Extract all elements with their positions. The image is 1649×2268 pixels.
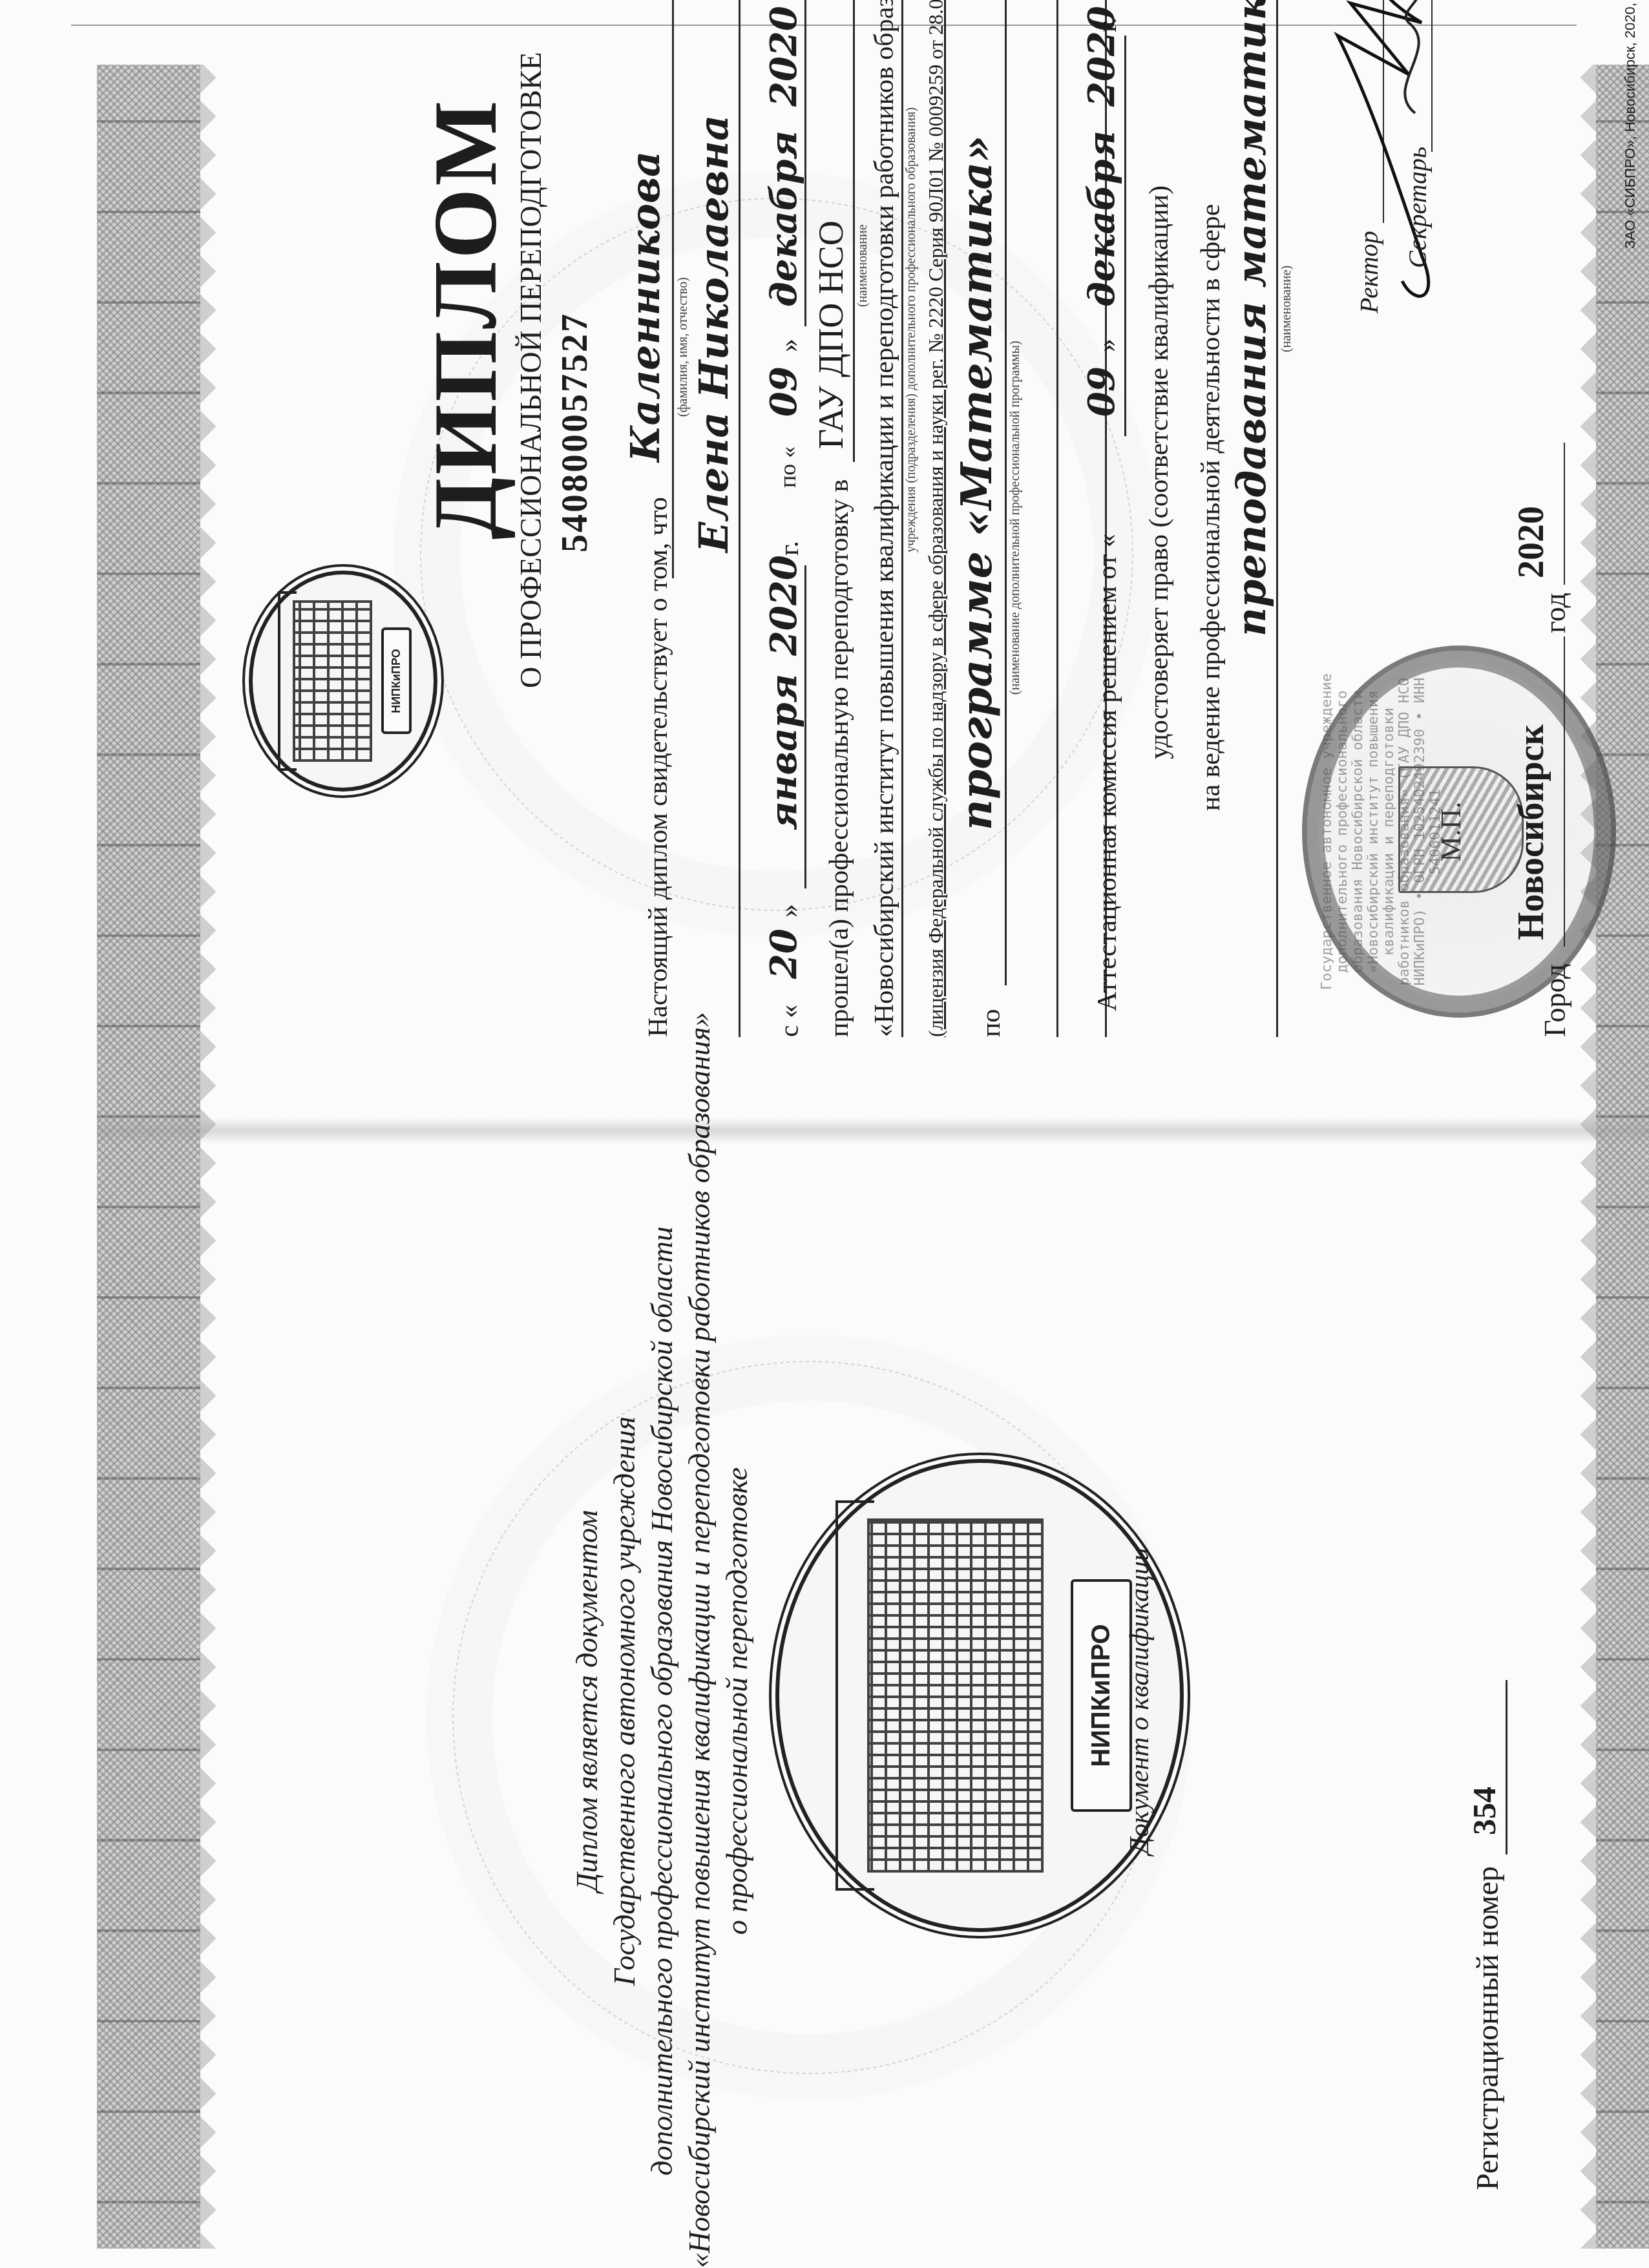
qualification-doc-label: Документ о квалификации [1124, 1134, 1155, 2268]
surname-underline [672, 0, 674, 578]
naming-caption: (наименование [856, 224, 870, 307]
commission-month: декабря [1080, 131, 1123, 307]
commission-suffix: г. [1092, 17, 1123, 32]
year-value: 2020 [1511, 506, 1552, 578]
year-label: год [1538, 593, 1572, 633]
year-underline [1564, 443, 1565, 585]
commission-underline [1124, 36, 1126, 436]
institution-caption: учреждения (подразделения) дополнительно… [904, 107, 919, 552]
period-from-prefix: с « [774, 1005, 805, 1037]
logo-ribbon: НИПКиПРО [381, 628, 412, 735]
institution-full: «Новосибирский институт повышения квалиф… [869, 0, 900, 1037]
program-extra-line-1 [1056, 0, 1058, 1037]
period-from-underline [804, 565, 806, 888]
fio-caption: (фамилия, имя, отчество) [676, 277, 691, 417]
period-to-mid: » [774, 339, 805, 352]
intro-line: «Новосибирский институт повышения квалиф… [681, 1134, 719, 2268]
registration-number: 354 [1465, 1787, 1503, 1835]
diploma-subtitle: О ПРОФЕССИОНАЛЬНОЙ ПЕРЕПОДГОТОВКЕ [514, 52, 548, 688]
period-to-year: 2020 [762, 6, 805, 107]
period-from-month: января [762, 674, 805, 830]
period-to-prefix: по « [774, 446, 801, 488]
institute-logo-small: НИПКиПРО [249, 571, 437, 792]
right-text: удостоверяет право (соответствие квалифи… [1144, 185, 1175, 759]
intro-block: Диплом является документом Государственн… [569, 1134, 756, 2268]
intro-line: Диплом является документом [569, 1134, 606, 2268]
city-value: Новосибирск [1511, 724, 1552, 940]
holder-name-patronymic: Елена Николаевна [690, 115, 737, 552]
commission-mid: » [1092, 339, 1123, 352]
sphere-underline [1276, 0, 1278, 1037]
city-label: Город [1538, 963, 1572, 1037]
city-underline [1564, 636, 1565, 947]
certifies-text: Настоящий диплом свидетельствует о том, … [643, 497, 674, 1037]
stamp-mark: М.П. [1434, 651, 1467, 1013]
passed-text: прошел(а) профессиональную переподготовк… [824, 479, 855, 1037]
diploma-serial-number: 540800057527 [554, 312, 596, 552]
name-underline [739, 0, 740, 1037]
intro-line: Государственного автономного учреждения [606, 1134, 644, 2268]
logo-building-icon [867, 1518, 1044, 1872]
program-underline [1005, 0, 1007, 985]
period-from-suffix: г. [774, 541, 805, 556]
period-to-day: 09 [762, 366, 805, 417]
program-value: программе «Математика» [951, 135, 1002, 830]
registration-label: Регистрационный номер [1470, 1866, 1506, 2190]
intro-line: дополнительного профессионального образо… [644, 1134, 681, 2268]
institution-short: ГАУ ДПО НСО [811, 220, 851, 449]
logo-building-icon [293, 600, 372, 762]
period-to-month: декабря [762, 131, 805, 307]
registration-underline [1506, 1680, 1507, 1854]
intro-line: о профессиональной переподготовке [719, 1134, 756, 2268]
program-caption: (наименование дополнительной профессиона… [1008, 341, 1023, 695]
right-page: НИПКиПРО ДИПЛОМ О ПРОФЕССИОНАЛЬНОЙ ПЕРЕП… [0, 0, 1649, 1134]
logo-ribbon: НИПКиПРО [1071, 1579, 1132, 1812]
commission-day: 09 [1080, 366, 1123, 417]
institute-logo-large: НИПКиПРО [775, 1459, 1184, 1932]
commission-text: Аттестационная комиссия решением от « [1092, 534, 1123, 1011]
period-from-day: 20 [762, 929, 805, 979]
diploma-sheet: Диплом является документом Государственн… [0, 0, 1649, 2268]
period-from-year: 2020 [762, 555, 805, 656]
program-prefix: по [976, 1009, 1007, 1037]
secretary-label: Секретарь [1402, 147, 1433, 268]
left-page: Диплом является документом Государственн… [0, 1134, 1649, 2268]
period-to-underline [804, 0, 806, 326]
institution-short-underline [853, 0, 855, 462]
sphere-text: на ведение профессиональной деятельности… [1195, 204, 1226, 811]
period-from-mid: » [774, 904, 805, 918]
diploma-title: ДИПЛОМ [414, 98, 518, 540]
institution-full-underline [901, 0, 903, 1037]
license-text: (лицензия Федеральной службы по надзору … [924, 0, 948, 1037]
sphere-caption: (наименование) [1279, 266, 1294, 352]
secretary-signature-icon [1376, 0, 1454, 126]
sphere-value: преподавания математики [1228, 0, 1275, 636]
official-seal: Государственное автономное учреждение до… [1302, 646, 1616, 1018]
holder-surname: Каленникова [622, 151, 669, 462]
printer-mark: ЗАО «СИБПРО», Новосибирск, 2020, «Б». [1622, 0, 1639, 249]
